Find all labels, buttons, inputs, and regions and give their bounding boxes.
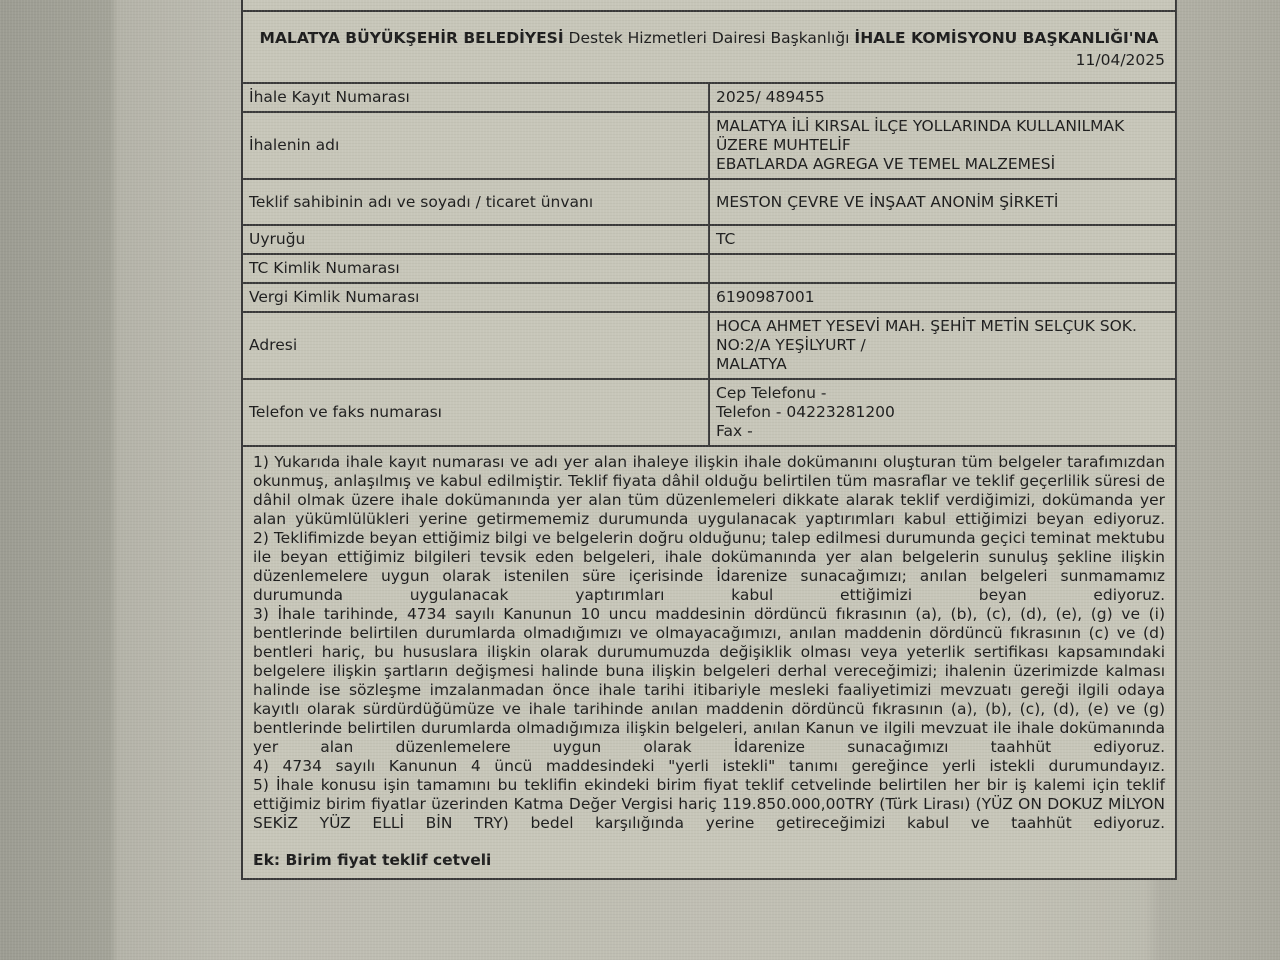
value-line: EBATLARDA AGREGA VE TEMEL MALZEMESİ [716,155,1169,174]
field-value: 6190987001 [709,283,1176,312]
field-label: İhale Kayıt Numarası [242,83,709,112]
field-row-tender-registration-number: İhale Kayıt Numarası 2025/ 489455 [242,83,1176,112]
field-row-bidder-name: Teklif sahibinin adı ve soyadı / ticaret… [242,179,1176,225]
declaration-paragraph-1: 1) Yukarıda ihale kayıt numarası ve adı … [253,453,1165,529]
value-line: HOCA AHMET YESEVİ MAH. ŞEHİT METİN SELÇU… [716,317,1169,355]
field-value: MESTON ÇEVRE VE İNŞAAT ANONİM ŞİRKETİ [709,179,1176,225]
field-row-phone-fax: Telefon ve faks numarası Cep Telefonu - … [242,379,1176,446]
addressee-department: Destek Hizmetleri Dairesi Başkanlığı [569,29,850,47]
field-label: Teklif sahibinin adı ve soyadı / ticaret… [242,179,709,225]
addressee-commission: İHALE KOMİSYONU BAŞKANLIĞI'NA [854,29,1158,47]
field-value: 2025/ 489455 [709,83,1176,112]
field-label: TC Kimlik Numarası [242,254,709,283]
addressee-municipality: MALATYA BÜYÜKŞEHİR BELEDİYESİ [260,29,564,47]
value-line: MALATYA [716,355,1169,374]
phone-line: Telefon - 04223281200 [716,403,1169,422]
tender-offer-letter: MEKTUBU MALATYA BÜYÜKŞEHİR BELEDİYESİ De… [241,0,1177,880]
attachment-note: Ek: Birim fiyat teklif cetveli [253,851,1165,870]
field-label: Telefon ve faks numarası [242,379,709,446]
field-value: TC [709,225,1176,254]
field-label: Vergi Kimlik Numarası [242,283,709,312]
offer-letter-table: MEKTUBU MALATYA BÜYÜKŞEHİR BELEDİYESİ De… [241,0,1177,880]
addressee: MALATYA BÜYÜKŞEHİR BELEDİYESİ Destek Hiz… [253,28,1165,49]
field-value: MALATYA İLİ KIRSAL İLÇE YOLLARINDA KULLA… [709,112,1176,179]
field-row-nationality: Uyruğu TC [242,225,1176,254]
field-label: Adresi [242,312,709,379]
mobile-phone-line: Cep Telefonu - [716,384,1169,403]
addressee-block: MALATYA BÜYÜKŞEHİR BELEDİYESİ Destek Hiz… [242,11,1176,83]
field-row-tender-name: İhalenin adı MALATYA İLİ KIRSAL İLÇE YOL… [242,112,1176,179]
declarations-block: 1) Yukarıda ihale kayıt numarası ve adı … [242,446,1176,879]
field-label: Uyruğu [242,225,709,254]
field-row-address: Adresi HOCA AHMET YESEVİ MAH. ŞEHİT METİ… [242,312,1176,379]
letter-date: 11/04/2025 [253,51,1165,70]
declaration-paragraph-3: 3) İhale tarihinde, 4734 sayılı Kanunun … [253,605,1165,757]
field-value [709,254,1176,283]
fax-line: Fax - [716,422,1169,441]
field-label: İhalenin adı [242,112,709,179]
field-value: HOCA AHMET YESEVİ MAH. ŞEHİT METİN SELÇU… [709,312,1176,379]
declaration-paragraph-4: 4) 4734 sayılı Kanunun 4 üncü maddesinde… [253,757,1165,776]
field-value: Cep Telefonu - Telefon - 04223281200 Fax… [709,379,1176,446]
value-line: MALATYA İLİ KIRSAL İLÇE YOLLARINDA KULLA… [716,117,1169,155]
field-row-tc-id-number: TC Kimlik Numarası [242,254,1176,283]
field-row-tax-id-number: Vergi Kimlik Numarası 6190987001 [242,283,1176,312]
declaration-paragraph-2: 2) Teklifimizde beyan ettiğimiz bilgi ve… [253,529,1165,605]
letter-title: MEKTUBU [242,0,1176,11]
declaration-paragraph-5: 5) İhale konusu işin tamamını bu teklifi… [253,776,1165,833]
